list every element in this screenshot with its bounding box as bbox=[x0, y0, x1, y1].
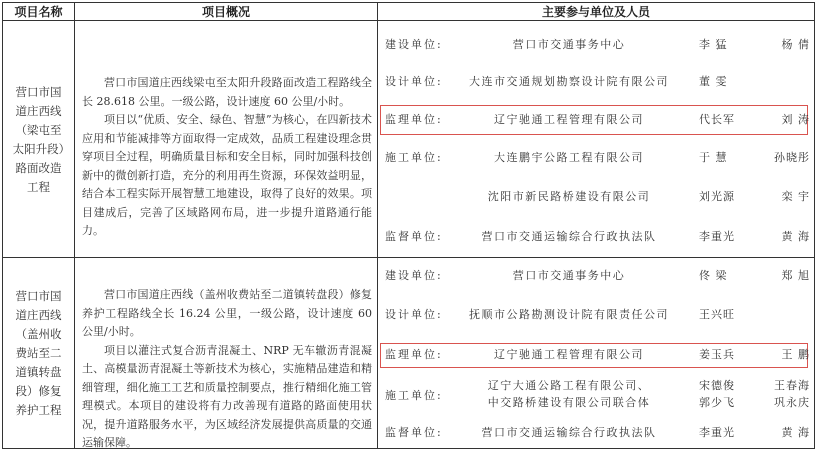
participant-role: 设计单位: bbox=[385, 70, 443, 94]
overview-paragraph: 营口市国道庄西线梁屯至太阳升段路面改造工程路线全长 28.618 公里。一级公路… bbox=[82, 74, 372, 111]
overview-paragraph: 营口市国道庄西线（盖州收费站至二道镇转盘段）修复养护工程路线全长 16.24 公… bbox=[82, 286, 372, 342]
participant-person: 郑 旭 bbox=[764, 264, 810, 288]
participant-person: 宋德俊 郭少飞 bbox=[699, 379, 749, 410]
participant-person: 栾 宇 bbox=[764, 185, 810, 209]
participant-person: 杨 倩 bbox=[764, 33, 810, 57]
participant-role: 施工单位: bbox=[385, 381, 443, 411]
project-overview-cell: 营口市国道庄西线（盖州收费站至二道镇转盘段）修复养护工程路线全长 16.24 公… bbox=[82, 286, 372, 453]
header-project-overview: 项目概况 bbox=[75, 3, 377, 21]
project-name: 营口市国道庄西线（梁屯至太阳升段）路面改造工程 bbox=[11, 83, 67, 197]
column-divider bbox=[377, 3, 378, 448]
row-divider bbox=[3, 257, 814, 258]
participant-person: 李重光 bbox=[699, 421, 749, 445]
participant-person: 姜玉兵 bbox=[699, 343, 749, 367]
participant-row: 沈阳市新民路桥建设有限公司 刘光源 栾 宇 bbox=[379, 185, 816, 209]
participant-person: 王春海 巩永庆 bbox=[764, 379, 810, 410]
header-participants: 主要参与单位及人员 bbox=[378, 3, 814, 21]
participant-role: 监督单位: bbox=[385, 421, 443, 445]
participant-org: 大连鹏宇公路工程有限公司 bbox=[439, 146, 699, 170]
participant-person: 王兴旺 bbox=[699, 303, 749, 327]
overview-paragraph: 项目以灌注式复合沥青混凝土、NRP 无车辙沥青混凝土、高模量沥青混凝土等新技术为… bbox=[82, 342, 372, 453]
participant-person-line: 宋德俊 bbox=[699, 379, 749, 393]
participant-row: 设计单位: 大连市交通规划勘察设计院有限公司 董 雯 bbox=[379, 70, 816, 94]
participant-person: 刘 涛 bbox=[764, 108, 810, 132]
participant-role: 建设单位: bbox=[385, 264, 443, 288]
participant-row: 设计单位: 抚顺市公路勘测设计院有限责任公司 王兴旺 bbox=[379, 303, 816, 327]
participant-role: 监督单位: bbox=[385, 225, 443, 249]
project-name: 营口市国道庄西线（盖州收费站至二道镇转盘段）修复养护工程 bbox=[11, 287, 67, 420]
projects-table: 项目名称 项目概况 主要参与单位及人员 营口市国道庄西线（梁屯至太阳升段）路面改… bbox=[2, 2, 815, 449]
participant-role: 施工单位: bbox=[385, 146, 443, 170]
participant-row: 监督单位: 营口市交通运输综合行政执法队 李重光 黄 海 bbox=[379, 225, 816, 249]
participant-role: 监理单位: bbox=[385, 108, 443, 132]
participant-org: 辽宁驰通工程管理有限公司 bbox=[439, 108, 699, 132]
header-project-name: 项目名称 bbox=[3, 3, 74, 21]
participant-role: 建设单位: bbox=[385, 33, 443, 57]
participant-person: 王 鹏 bbox=[764, 343, 810, 367]
participant-org: 沈阳市新民路桥建设有限公司 bbox=[439, 185, 699, 209]
participant-org: 营口市交通事务中心 bbox=[439, 264, 699, 288]
participant-person: 于 慧 bbox=[699, 146, 749, 170]
participant-row: 监督单位: 营口市交通运输综合行政执法队 李重光 黄 海 bbox=[379, 421, 816, 445]
participant-org: 营口市交通运输综合行政执法队 bbox=[439, 225, 699, 249]
participant-org: 营口市交通事务中心 bbox=[439, 33, 699, 57]
participant-person: 孙晓彤 bbox=[764, 146, 810, 170]
project-name-cell: 营口市国道庄西线（盖州收费站至二道镇转盘段）修复养护工程 bbox=[3, 259, 74, 447]
participant-person: 李重光 bbox=[699, 225, 749, 249]
participant-person-line: 巩永庆 bbox=[764, 396, 810, 410]
participant-person: 李 猛 bbox=[699, 33, 749, 57]
participant-org-line: 中交路桥建设有限公司联合体 bbox=[439, 396, 699, 410]
participant-row: 建设单位: 营口市交通事务中心 佟 梁 郑 旭 bbox=[379, 264, 816, 288]
participant-org: 辽宁大通公路工程有限公司、 中交路桥建设有限公司联合体 bbox=[439, 379, 699, 410]
participant-org: 营口市交通运输综合行政执法队 bbox=[439, 421, 699, 445]
participant-row-highlighted: 监理单位: 辽宁驰通工程管理有限公司 姜玉兵 王 鹏 bbox=[379, 343, 816, 367]
participant-person: 黄 海 bbox=[764, 225, 810, 249]
participant-person-line: 王春海 bbox=[764, 379, 810, 393]
participant-person-line: 郭少飞 bbox=[699, 396, 749, 410]
participant-row: 建设单位: 营口市交通事务中心 李 猛 杨 倩 bbox=[379, 33, 816, 57]
participant-person: 黄 海 bbox=[764, 421, 810, 445]
column-divider bbox=[74, 3, 75, 448]
participant-role: 设计单位: bbox=[385, 303, 443, 327]
participant-person: 代长军 bbox=[699, 108, 749, 132]
project-name-cell: 营口市国道庄西线（梁屯至太阳升段）路面改造工程 bbox=[3, 22, 74, 257]
participant-person: 佟 梁 bbox=[699, 264, 749, 288]
participant-role: 监理单位: bbox=[385, 343, 443, 367]
participant-org-line: 辽宁大通公路工程有限公司、 bbox=[439, 379, 699, 393]
participant-org: 大连市交通规划勘察设计院有限公司 bbox=[439, 70, 699, 94]
participant-row: 施工单位: 辽宁大通公路工程有限公司、 中交路桥建设有限公司联合体 宋德俊 郭少… bbox=[379, 381, 816, 411]
participant-row-highlighted: 监理单位: 辽宁驰通工程管理有限公司 代长军 刘 涛 bbox=[379, 108, 816, 132]
project-overview-cell: 营口市国道庄西线梁屯至太阳升段路面改造工程路线全长 28.618 公里。一级公路… bbox=[82, 74, 372, 241]
participant-person: 董 雯 bbox=[699, 70, 749, 94]
participant-org: 抚顺市公路勘测设计院有限责任公司 bbox=[439, 303, 699, 327]
overview-paragraph: 项目以“优质、安全、绿色、智慧”为核心，在四新技术应用和节能减排等方面取得一定成… bbox=[82, 111, 372, 241]
participant-org: 辽宁驰通工程管理有限公司 bbox=[439, 343, 699, 367]
participant-person: 刘光源 bbox=[699, 185, 749, 209]
participant-row: 施工单位: 大连鹏宇公路工程有限公司 于 慧 孙晓彤 bbox=[379, 146, 816, 170]
